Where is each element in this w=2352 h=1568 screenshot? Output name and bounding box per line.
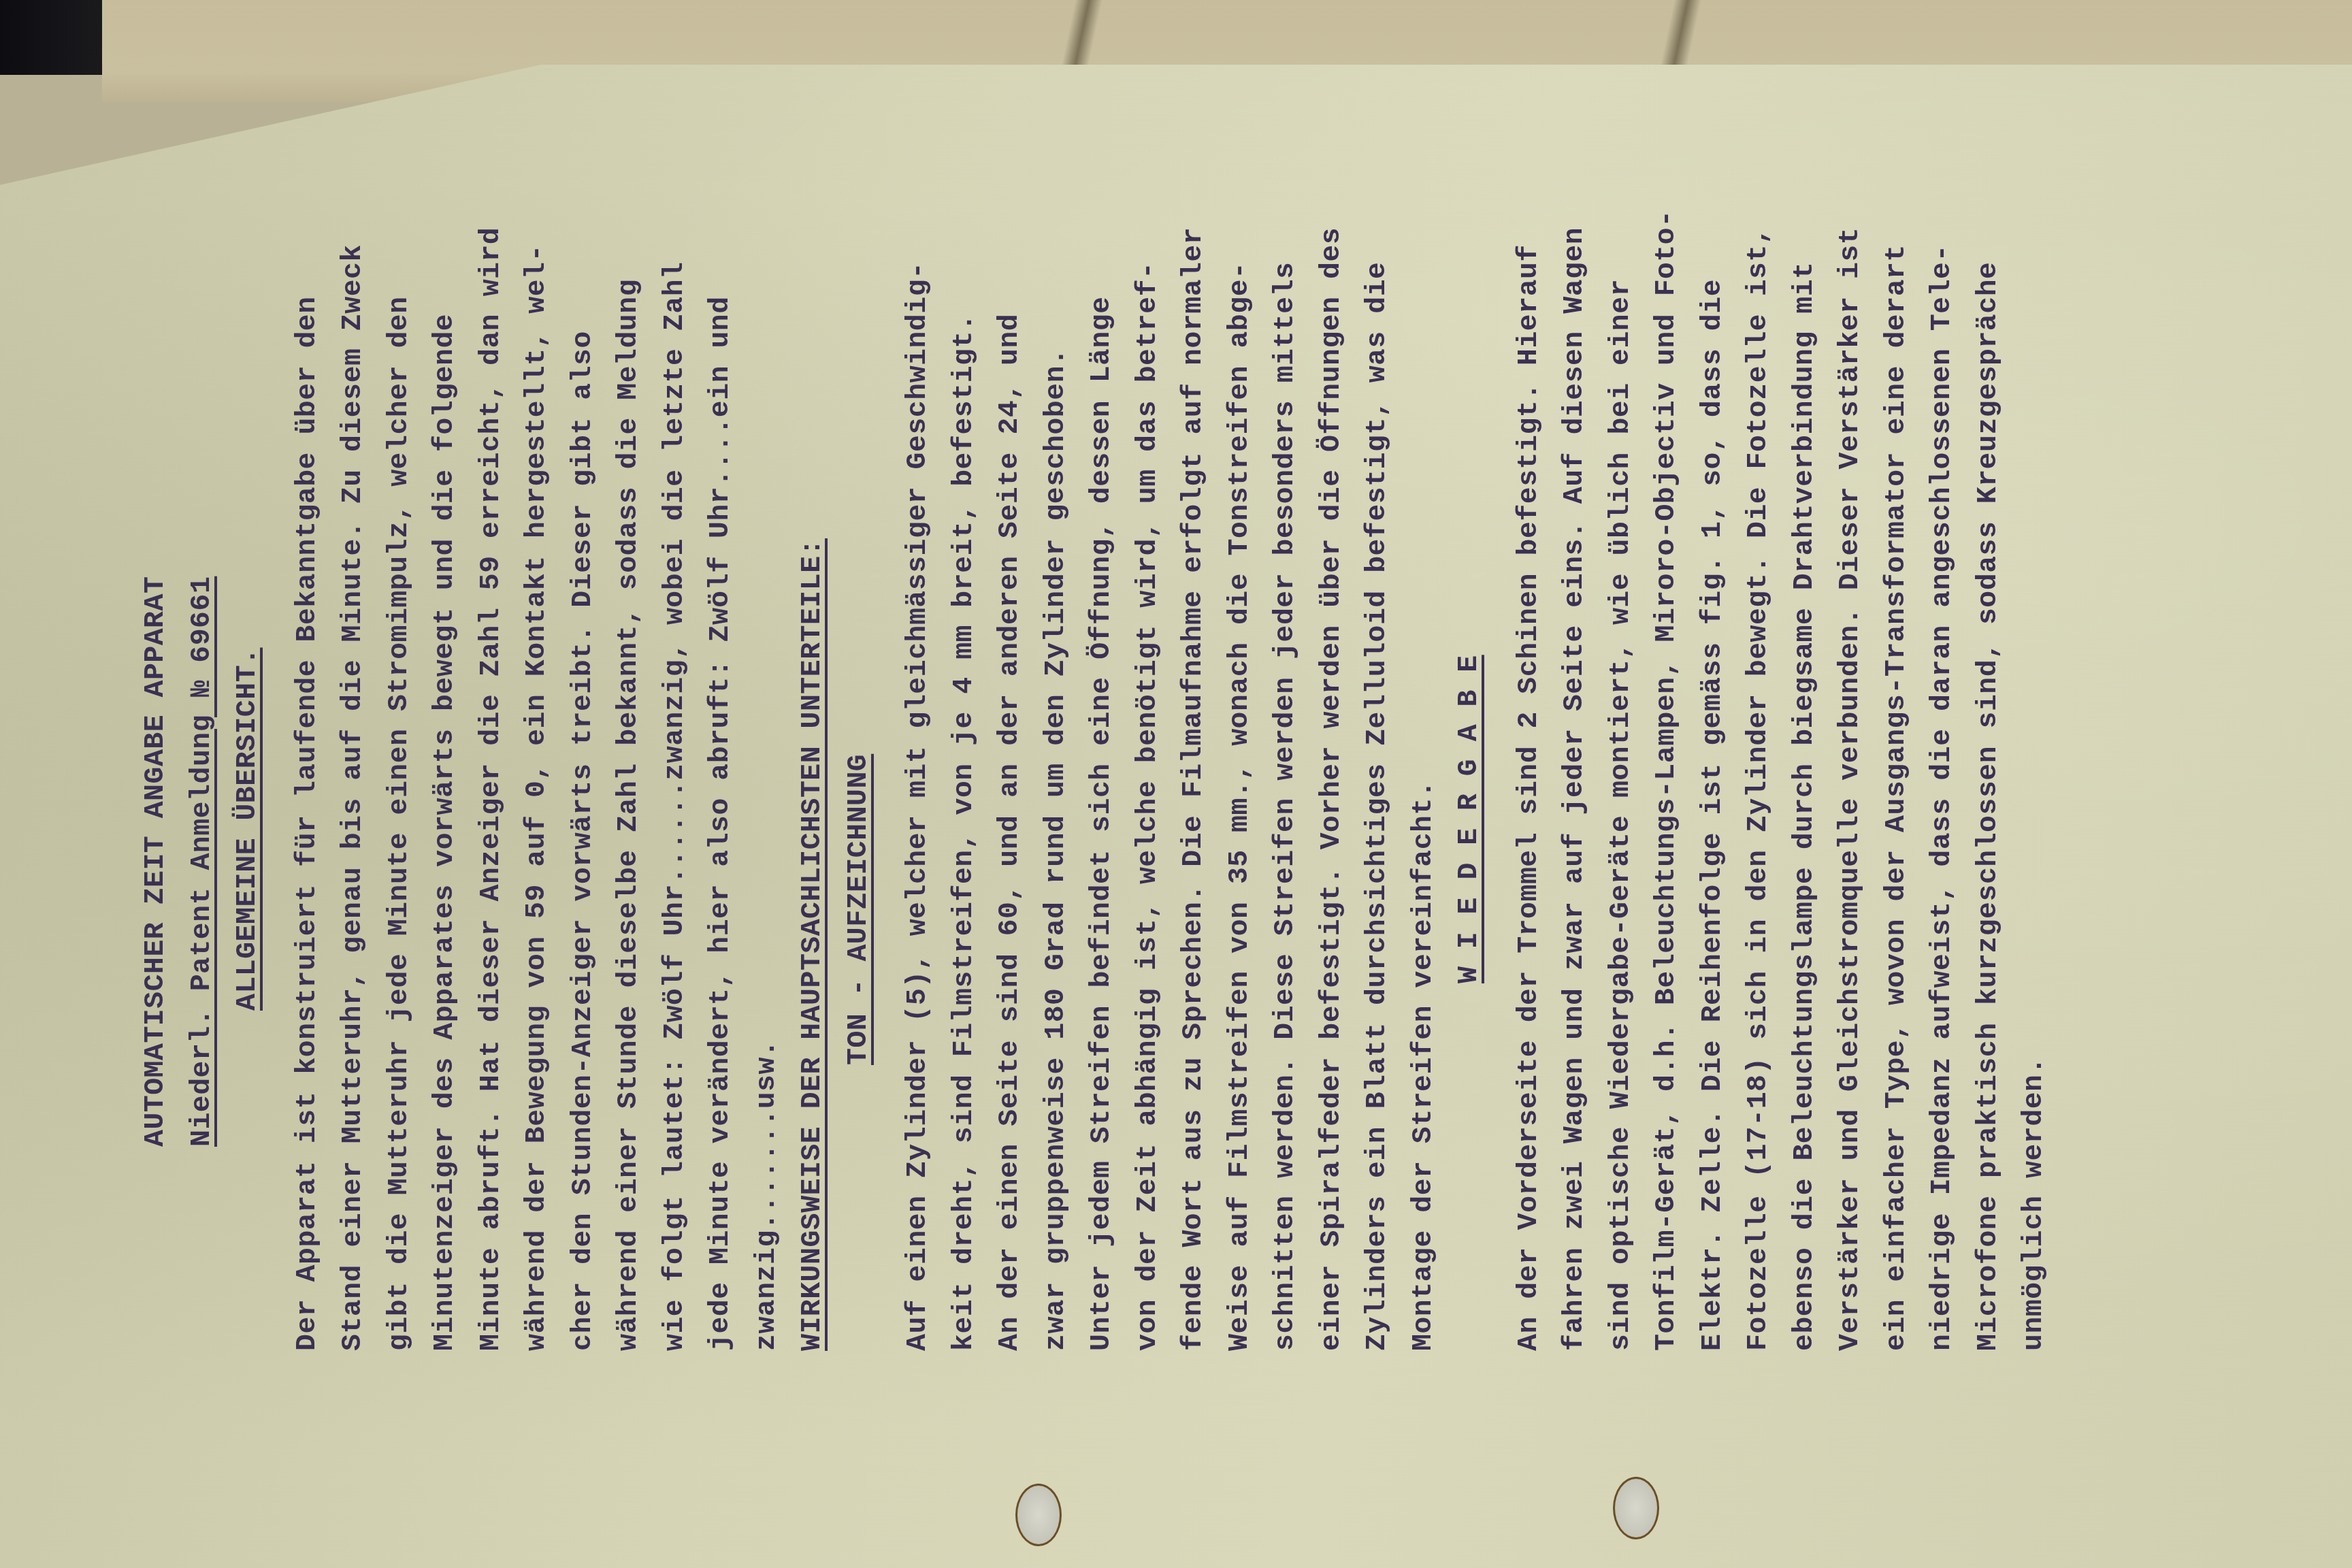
text-line: Weise auf Filmstreifen von 35 mm., wonac…	[1217, 0, 1263, 1351]
text-line: niedrige Impedanz aufweist, dass die dar…	[1919, 0, 1965, 1351]
text-line: Verstärker und Gleichstromquelle verbund…	[1827, 0, 1874, 1351]
text-line: An der einen Seite sind 60, und an der a…	[987, 0, 1033, 1351]
section-playback: An der Vorderseite der Trommel sind 2 Sc…	[1506, 0, 2057, 1351]
text-line: schnitten werden. Diese Streifen werden …	[1262, 0, 1309, 1351]
section-subheading: TON - AUFZEICHNUNG	[836, 754, 882, 1351]
text-line: Unter jedem Streifen befindet sich eine …	[1079, 0, 1125, 1351]
dark-border	[0, 0, 109, 75]
text-line: einer Spiralfeder befestigt. Vorher werd…	[1309, 0, 1355, 1351]
section-sound-recording: Auf einen Zylinder (5), welcher mit glei…	[895, 0, 1446, 1351]
text-line: gibt die Mutteruhr jede Minute einen Str…	[376, 0, 423, 1351]
text-line: sind optische Wiedergabe-Geräte montiert…	[1598, 0, 1644, 1351]
photo-scene: AUTOMATISCHER ZEIT ANGABE APPARAT Nieder…	[0, 0, 2352, 1568]
document-title: AUTOMATISCHER ZEIT ANGABE APPARAT	[133, 0, 179, 1351]
text-line: Montage der Streifen vereinfacht.	[1401, 0, 1447, 1351]
text-line: Zylinders ein Blatt durchsichtiges Zellu…	[1354, 0, 1401, 1351]
text-line: keit dreht, sind Filmstreifen, von je 4 …	[941, 0, 987, 1351]
section-heading: W I E D E R G A B E	[1446, 655, 1492, 1351]
text-line: zwanzig.......usw.	[744, 0, 790, 1351]
text-line: cher den Stunden-Anzeiger vorwärts treib…	[560, 0, 606, 1351]
text-line: Der Apparat ist konstruiert für laufende…	[284, 0, 331, 1351]
document-subtitle: Niederl. Patent Anmeldung № 69661	[179, 576, 225, 1351]
section-heading: WIRKUNGSWEISE DER HAUPTSACHLICHSTEN UNTE…	[789, 538, 836, 1351]
text-line: Auf einen Zylinder (5), welcher mit glei…	[895, 0, 941, 1351]
text-line: Microfone praktisch kurzgeschlossen sind…	[1965, 0, 2012, 1351]
section-general-overview: Der Apparat ist konstruiert für laufende…	[284, 0, 790, 1351]
text-line: wie folgt lautet: Zwölf Uhr......zwanzig…	[652, 0, 698, 1351]
text-line: Minute abruft. Hat dieser Anzeiger die Z…	[468, 0, 514, 1351]
text-line: von der Zeit abhängig ist, welche benöti…	[1125, 0, 1171, 1351]
text-line: Elektr. Zelle. Die Reihenfolge ist gemäs…	[1690, 0, 1736, 1351]
text-line: ebenso die Beleuchtungslampe durch biegs…	[1782, 0, 1828, 1351]
text-line: Minutenzeiger des Apparates vorwärts bew…	[422, 0, 468, 1351]
text-line: jede Minute verändert, hier also abruft:…	[698, 0, 744, 1351]
text-line: unmöglich werden.	[2011, 0, 2057, 1351]
text-line: zwar gruppenweise 180 Grad rund um den Z…	[1033, 0, 1079, 1351]
punch-hole-icon	[1015, 1484, 1062, 1546]
text-line: Stand einer Mutteruhr, genau bis auf die…	[330, 0, 376, 1351]
text-line: fende Wort aus zu Sprechen. Die Filmaufn…	[1171, 0, 1217, 1351]
document-text: AUTOMATISCHER ZEIT ANGABE APPARAT Nieder…	[133, 0, 2174, 1351]
section-heading: ALLGEMEINE ÜBERSICHT.	[225, 648, 271, 1352]
punch-hole-icon	[1613, 1477, 1659, 1539]
text-line: während der Bewegung von 59 auf 0, ein K…	[514, 0, 560, 1351]
text-line: ein einfacher Type, wovon der Ausgangs-T…	[1874, 0, 1920, 1351]
text-line: Tonfilm-Gerät, d.h. Beleuchtungs-Lampen,…	[1644, 0, 1690, 1351]
text-line: während einer Stunde dieselbe Zahl bekan…	[606, 0, 652, 1351]
text-line: An der Vorderseite der Trommel sind 2 Sc…	[1506, 0, 1552, 1351]
text-line: Fotozelle (17-18) sich in den Zylinder b…	[1735, 0, 1782, 1351]
text-line: fahren zwei Wagen und zwar auf jeder Sei…	[1552, 0, 1598, 1351]
